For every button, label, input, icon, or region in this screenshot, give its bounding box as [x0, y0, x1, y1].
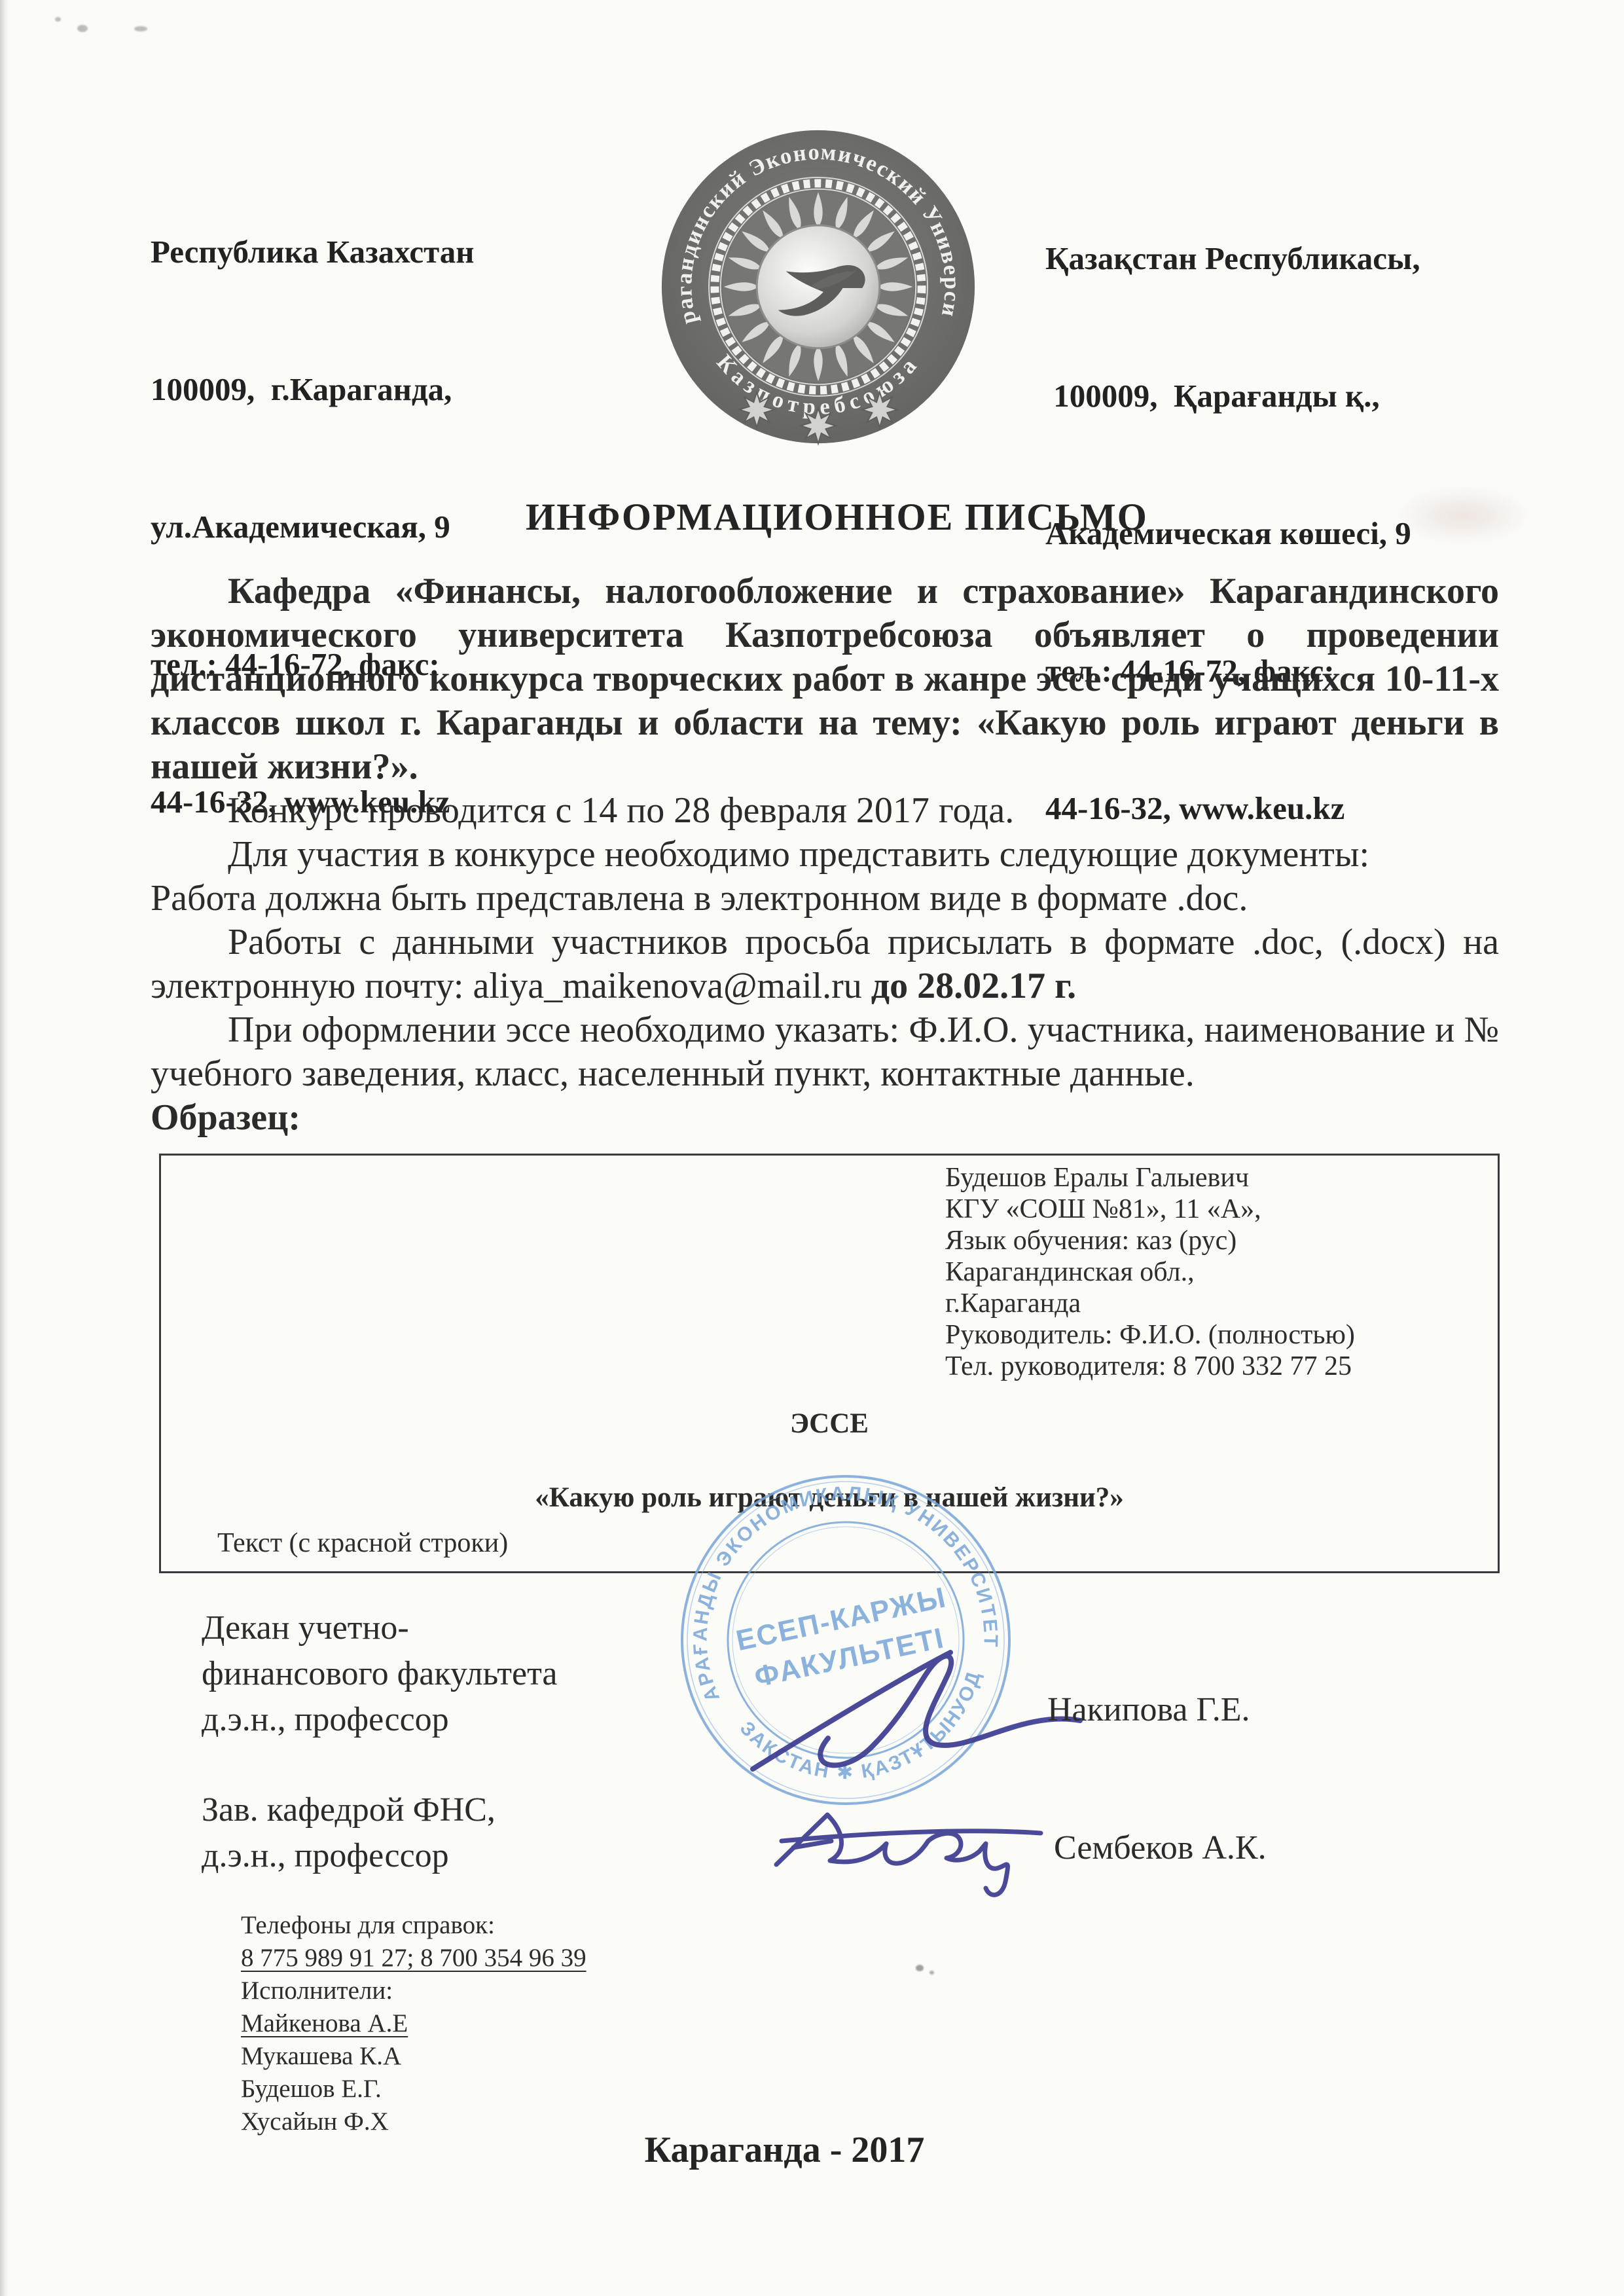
contacts-heading: Телефоны для справок:	[241, 1909, 586, 1942]
sample-info-line: г.Караганда	[945, 1288, 1355, 1319]
paragraph-email: Работы с данными участников просьба прис…	[151, 920, 1499, 1008]
contacts-block: Телефоны для справок: 8 775 989 91 27; 8…	[241, 1909, 586, 2138]
scan-speck	[55, 17, 61, 22]
sample-info-line: Будешов Ералы Галыевич	[945, 1162, 1355, 1194]
chair-title-line: д.э.н., профессор	[202, 1833, 496, 1879]
dean-signature-block: Декан учетно- финансового факультета д.э…	[202, 1605, 558, 1743]
paragraph-participation: Для участия в конкурсе необходимо предст…	[151, 833, 1499, 877]
head-of-chair-signature-block: Зав. кафедрой ФНС, д.э.н., профессор	[202, 1787, 496, 1879]
sample-label: Образец:	[151, 1096, 1499, 1140]
sample-participant-info: Будешов Ералы Галыевич КГУ «СОШ №81», 11…	[945, 1162, 1355, 1382]
document-title: ИНФОРМАЦИОННОЕ ПИСЬМО	[25, 495, 1624, 539]
contact-phones: 8 775 989 91 27; 8 700 354 96 39	[241, 1942, 586, 1975]
executor-name: Будешов Е.Г.	[241, 2073, 586, 2105]
chair-title-line: Зав. кафедрой ФНС,	[202, 1787, 496, 1833]
letterhead-line: 100009, г.Караганда,	[151, 367, 475, 412]
dean-title-line: финансового факультета	[202, 1651, 558, 1697]
scan-speck	[134, 26, 147, 31]
sample-info-line: Карагандинская обл.,	[945, 1256, 1355, 1288]
letterhead-line: 100009, Қарағанды қ.,	[1045, 373, 1420, 419]
scan-speck	[77, 25, 88, 32]
letter-body: Кафедра «Финансы, налогообложение и стра…	[151, 570, 1499, 1140]
head-of-chair-name: Сембеков А.К.	[1054, 1829, 1267, 1867]
faculty-stamp: ҚАРАҒАНДЫ ЭКОНОМИКАЛЫҚ УНИВЕРСИТЕТІ ✱ ҚА…	[662, 1457, 1029, 1823]
university-emblem-logo: Карагандинский Экономический Университет…	[657, 123, 980, 450]
sample-info-line: Язык обучения: каз (рус)	[945, 1225, 1355, 1256]
university-emblem-icon: Карагандинский Экономический Университет…	[657, 123, 980, 450]
scan-left-edge	[0, 0, 9, 2296]
essay-footnote: Текст (с красной строки)	[217, 1527, 508, 1559]
scan-speck	[929, 1971, 934, 1975]
dean-title-line: д.э.н., профессор	[202, 1697, 558, 1743]
executor-name: Мукашева К.А	[241, 2040, 586, 2073]
sample-info-line: КГУ «СОШ №81», 11 «А»,	[945, 1194, 1355, 1225]
letterhead-line: Республика Казахстан	[151, 229, 475, 275]
dean-name: Накипова Г.Е.	[1047, 1690, 1250, 1729]
signature-sembekov	[776, 1815, 1041, 1895]
deadline-text: до 28.02.17 г.	[871, 966, 1076, 1006]
executors-heading: Исполнители:	[241, 1975, 586, 2007]
paragraph-contest-dates: Конкурс проводится с 14 по 28 февраля 20…	[151, 789, 1499, 833]
essay-heading: ЭССЕ	[161, 1408, 1498, 1440]
city-year-line: Караганда - 2017	[0, 2129, 1597, 2171]
dean-title-line: Декан учетно-	[202, 1605, 558, 1651]
scan-speck	[916, 1965, 924, 1971]
paragraph-announcement: Кафедра «Финансы, налогообложение и стра…	[151, 570, 1499, 789]
sample-info-line: Руководитель: Ф.И.О. (полностью)	[945, 1319, 1355, 1351]
paragraph-requirements: При оформлении эссе необходимо указать: …	[151, 1008, 1499, 1096]
faculty-stamp-icon: ҚАРАҒАНДЫ ЭКОНОМИКАЛЫҚ УНИВЕРСИТЕТІ ✱ ҚА…	[662, 1457, 1029, 1823]
paragraph-email-text: Работы с данными участников просьба прис…	[151, 922, 1499, 1006]
paragraph-format: Работа должна быть представлена в электр…	[151, 877, 1499, 920]
letterhead-line: Қазақстан Республикасы,	[1045, 236, 1420, 282]
executor-name: Майкенова А.Е	[241, 2007, 586, 2040]
sample-info-line: Тел. руководителя: 8 700 332 77 25	[945, 1351, 1355, 1382]
scanned-letter-page: Республика Казахстан 100009, г.Караганда…	[0, 0, 1624, 2296]
